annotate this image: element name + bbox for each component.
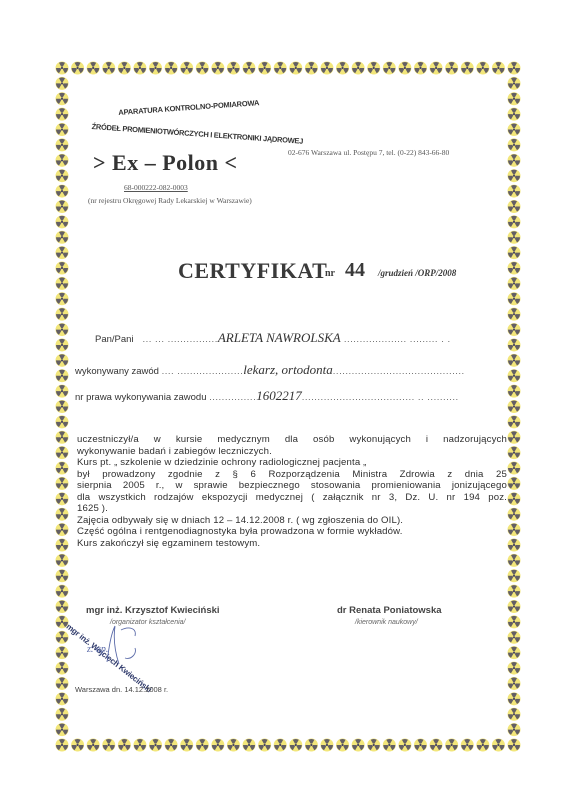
radiation-symbol-icon xyxy=(508,262,521,275)
radiation-symbol-icon xyxy=(102,739,115,752)
scientific-supervisor-name: dr Renata Poniatowska xyxy=(337,605,442,616)
radiation-symbol-icon xyxy=(56,92,69,105)
brand-logo-text: > Ex – Polon < xyxy=(93,150,238,176)
radiation-symbol-icon xyxy=(149,739,162,752)
radiation-symbol-icon xyxy=(492,739,505,752)
body-line: Kurs pt. „ szkolenie w dziedzinie ochron… xyxy=(77,457,507,469)
radiation-symbol-icon xyxy=(508,400,521,413)
radiation-symbol-icon xyxy=(508,169,521,182)
radiation-symbol-icon xyxy=(508,508,521,521)
radiation-symbol-icon xyxy=(320,62,333,75)
radiation-symbol-icon xyxy=(320,739,333,752)
radiation-symbol-icon xyxy=(508,338,521,351)
radiation-symbol-icon xyxy=(56,308,69,321)
radiation-symbol-icon xyxy=(56,154,69,167)
profession-label: wykonywany zawód xyxy=(75,366,159,377)
radiation-symbol-icon xyxy=(71,739,84,752)
radiation-symbol-icon xyxy=(258,739,271,752)
radiation-symbol-icon xyxy=(508,277,521,290)
radiation-symbol-icon xyxy=(227,739,240,752)
radiation-symbol-icon xyxy=(492,62,505,75)
radiation-symbol-icon xyxy=(508,692,521,705)
radiation-symbol-icon xyxy=(258,62,271,75)
radiation-symbol-icon xyxy=(227,62,240,75)
radiation-symbol-icon xyxy=(56,77,69,90)
radiation-symbol-icon xyxy=(383,62,396,75)
radiation-symbol-icon xyxy=(445,62,458,75)
radiation-symbol-icon xyxy=(508,600,521,613)
radiation-symbol-icon xyxy=(367,739,380,752)
radiation-symbol-icon xyxy=(398,62,411,75)
radiation-symbol-icon xyxy=(87,62,100,75)
certificate-nr-label: nr xyxy=(325,268,335,279)
radiation-symbol-icon xyxy=(508,154,521,167)
radiation-symbol-icon xyxy=(461,62,474,75)
radiation-symbol-icon xyxy=(56,415,69,428)
radiation-symbol-icon xyxy=(289,739,302,752)
dots: .................... ......... . . xyxy=(341,334,451,345)
radiation-symbol-icon xyxy=(56,138,69,151)
certificate-number: 44 xyxy=(345,259,365,282)
radiation-symbol-icon xyxy=(56,508,69,521)
radiation-symbol-icon xyxy=(56,123,69,136)
radiation-symbol-icon xyxy=(508,569,521,582)
radiation-symbol-icon xyxy=(508,200,521,213)
radiation-symbol-icon xyxy=(508,123,521,136)
radiation-symbol-icon xyxy=(56,477,69,490)
radiation-symbol-icon xyxy=(508,308,521,321)
course-description: uczestniczył/a w kursie medycznym dla os… xyxy=(77,434,507,549)
radiation-symbol-icon xyxy=(336,62,349,75)
radiation-symbol-icon xyxy=(508,62,521,75)
radiation-symbol-icon xyxy=(508,354,521,367)
organization-name-line1: APARATURA KONTROLNO-POMIAROWA xyxy=(118,98,259,117)
radiation-symbol-icon xyxy=(56,692,69,705)
radiation-symbol-icon xyxy=(508,185,521,198)
radiation-symbol-icon xyxy=(414,739,427,752)
dots: .................................... .. … xyxy=(302,392,459,403)
radiation-symbol-icon xyxy=(305,739,318,752)
radiation-symbol-icon xyxy=(508,215,521,228)
radiation-symbol-icon xyxy=(274,739,287,752)
radiation-symbol-icon xyxy=(289,62,302,75)
radiation-symbol-icon xyxy=(508,708,521,721)
radiation-symbol-icon xyxy=(56,708,69,721)
radiation-symbol-icon xyxy=(508,554,521,567)
radiation-symbol-icon xyxy=(56,446,69,459)
radiation-symbol-icon xyxy=(56,354,69,367)
radiation-symbol-icon xyxy=(508,431,521,444)
body-line: był prowadzony zgodnie z § 6 Rozporządze… xyxy=(77,469,507,481)
radiation-symbol-icon xyxy=(461,739,474,752)
radiation-symbol-icon xyxy=(383,739,396,752)
radiation-symbol-icon xyxy=(71,62,84,75)
radiation-symbol-icon xyxy=(508,369,521,382)
radiation-symbol-icon xyxy=(508,292,521,305)
radiation-symbol-icon xyxy=(508,77,521,90)
radiation-symbol-icon xyxy=(56,554,69,567)
radiation-symbol-icon xyxy=(508,662,521,675)
radiation-symbol-icon xyxy=(56,662,69,675)
radiation-symbol-icon xyxy=(430,62,443,75)
dots: ... ... ................ xyxy=(136,334,218,345)
radiation-symbol-icon xyxy=(165,739,178,752)
radiation-symbol-icon xyxy=(133,62,146,75)
radiation-symbol-icon xyxy=(196,739,209,752)
handwritten-signature: z. up. xyxy=(85,622,155,667)
radiation-symbol-icon xyxy=(149,62,162,75)
name-value: ARLETA NAWROLSKA xyxy=(218,330,341,345)
radiation-symbol-icon xyxy=(508,446,521,459)
place-and-date: Warszawa dn. 14.12.2008 r. xyxy=(75,685,168,694)
radiation-symbol-icon xyxy=(56,723,69,736)
body-line: dla wszystkich rodzajów ekspozycji medyc… xyxy=(77,492,507,504)
radiation-symbol-icon xyxy=(56,600,69,613)
radiation-symbol-icon xyxy=(56,646,69,659)
radiation-symbol-icon xyxy=(56,369,69,382)
radiation-symbol-icon xyxy=(133,739,146,752)
body-line: 1625 ). xyxy=(77,503,507,515)
registry-note: (nr rejestru Okręgowej Rady Lekarskiej w… xyxy=(88,196,252,205)
radiation-symbol-icon xyxy=(56,323,69,336)
radiation-symbol-icon xyxy=(102,62,115,75)
radiation-symbol-icon xyxy=(508,92,521,105)
radiation-symbol-icon xyxy=(508,246,521,259)
radiation-symbol-icon xyxy=(508,538,521,551)
radiation-symbol-icon xyxy=(508,631,521,644)
radiation-symbol-icon xyxy=(56,400,69,413)
radiation-symbol-icon xyxy=(508,739,521,752)
radiation-symbol-icon xyxy=(56,246,69,259)
profession-value: lekarz, ortodonta xyxy=(243,362,333,377)
radiation-symbol-icon xyxy=(508,477,521,490)
certificate-suffix: /grudzień /ORP/2008 xyxy=(378,268,456,278)
dots: ........................................… xyxy=(333,366,465,377)
radiation-symbol-icon xyxy=(508,646,521,659)
registry-number: 68-000222-082-0003 xyxy=(124,183,188,192)
radiation-symbol-icon xyxy=(414,62,427,75)
radiation-symbol-icon xyxy=(398,739,411,752)
radiation-symbol-icon xyxy=(56,431,69,444)
organization-name-line2: ŹRÓDEŁ PROMIENIOTWÓRCZYCH I ELEKTRONIKI … xyxy=(91,122,303,146)
radiation-symbol-icon xyxy=(56,231,69,244)
radiation-symbol-icon xyxy=(56,169,69,182)
radiation-symbol-icon xyxy=(56,739,69,752)
radiation-symbol-icon xyxy=(445,739,458,752)
radiation-symbol-icon xyxy=(56,185,69,198)
radiation-symbol-icon xyxy=(508,585,521,598)
radiation-symbol-icon xyxy=(476,62,489,75)
certificate-title: CERTYFIKAT xyxy=(178,258,327,284)
organization-address: 02-676 Warszawa ul. Postępu 7, tel. (0-2… xyxy=(288,148,449,157)
body-line: wykonywanie badań i zabiegów leczniczych… xyxy=(77,446,507,458)
radiation-symbol-icon xyxy=(56,523,69,536)
radiation-symbol-icon xyxy=(118,62,131,75)
radiation-symbol-icon xyxy=(476,739,489,752)
radiation-symbol-icon xyxy=(56,631,69,644)
radiation-symbol-icon xyxy=(56,677,69,690)
organizer-name: mgr inż. Krzysztof Kwieciński xyxy=(86,605,220,616)
body-line: Część ogólna i rentgenodiagnostyka była … xyxy=(77,526,507,538)
radiation-symbol-icon xyxy=(180,739,193,752)
scientific-supervisor-role: /kierownik naukowy/ xyxy=(355,619,418,626)
dots: .... ..................... xyxy=(162,366,244,377)
radiation-symbol-icon xyxy=(56,62,69,75)
radiation-symbol-icon xyxy=(196,62,209,75)
radiation-symbol-icon xyxy=(211,739,224,752)
radiation-symbol-icon xyxy=(56,277,69,290)
radiation-symbol-icon xyxy=(336,739,349,752)
body-line: uczestniczył/a w kursie medycznym dla os… xyxy=(77,434,507,446)
radiation-symbol-icon xyxy=(508,677,521,690)
name-label: Pan/Pani xyxy=(95,334,134,345)
body-line: Kurs zakończył się egzaminem testowym. xyxy=(77,538,507,550)
radiation-symbol-icon xyxy=(87,739,100,752)
radiation-symbol-icon xyxy=(508,492,521,505)
radiation-symbol-icon xyxy=(352,739,365,752)
radiation-symbol-icon xyxy=(243,62,256,75)
license-value: 1602217 xyxy=(256,388,302,403)
radiation-symbol-icon xyxy=(56,108,69,121)
signature-text: z. up. xyxy=(86,644,108,655)
radiation-symbol-icon xyxy=(508,385,521,398)
radiation-symbol-icon xyxy=(56,585,69,598)
radiation-symbol-icon xyxy=(56,338,69,351)
radiation-symbol-icon xyxy=(508,723,521,736)
radiation-symbol-icon xyxy=(305,62,318,75)
radiation-symbol-icon xyxy=(508,138,521,151)
radiation-symbol-icon xyxy=(165,62,178,75)
radiation-symbol-icon xyxy=(56,462,69,475)
certificate-page: APARATURA KONTROLNO-POMIAROWA ŹRÓDEŁ PRO… xyxy=(0,0,565,800)
license-label: nr prawa wykonywania zawodu xyxy=(75,392,206,403)
radiation-symbol-icon xyxy=(211,62,224,75)
body-line: sierpnia 2005 r., w sprawie bezpiecznego… xyxy=(77,480,507,492)
radiation-symbol-icon xyxy=(118,739,131,752)
radiation-symbol-icon xyxy=(56,385,69,398)
radiation-symbol-icon xyxy=(508,523,521,536)
radiation-symbol-icon xyxy=(352,62,365,75)
radiation-symbol-icon xyxy=(56,200,69,213)
radiation-symbol-icon xyxy=(508,462,521,475)
radiation-symbol-icon xyxy=(274,62,287,75)
radiation-symbol-icon xyxy=(56,292,69,305)
radiation-symbol-icon xyxy=(508,108,521,121)
radiation-symbol-icon xyxy=(56,492,69,505)
radiation-symbol-icon xyxy=(367,62,380,75)
radiation-symbol-icon xyxy=(430,739,443,752)
radiation-symbol-icon xyxy=(508,231,521,244)
body-line: Zajęcia odbywały się w dniach 12 – 14.12… xyxy=(77,515,507,527)
radiation-symbol-icon xyxy=(56,569,69,582)
radiation-symbol-icon xyxy=(56,538,69,551)
name-field: Pan/Pani ... ... ................ARLETA … xyxy=(95,330,451,346)
radiation-symbol-icon xyxy=(508,615,521,628)
radiation-symbol-icon xyxy=(56,262,69,275)
license-field: nr prawa wykonywania zawodu ............… xyxy=(75,388,459,404)
radiation-symbol-icon xyxy=(508,415,521,428)
radiation-symbol-icon xyxy=(508,323,521,336)
radiation-symbol-icon xyxy=(180,62,193,75)
radiation-symbol-icon xyxy=(243,739,256,752)
dots: ............... xyxy=(209,392,256,403)
radiation-symbol-icon xyxy=(56,215,69,228)
profession-field: wykonywany zawód .... ..................… xyxy=(75,362,465,378)
